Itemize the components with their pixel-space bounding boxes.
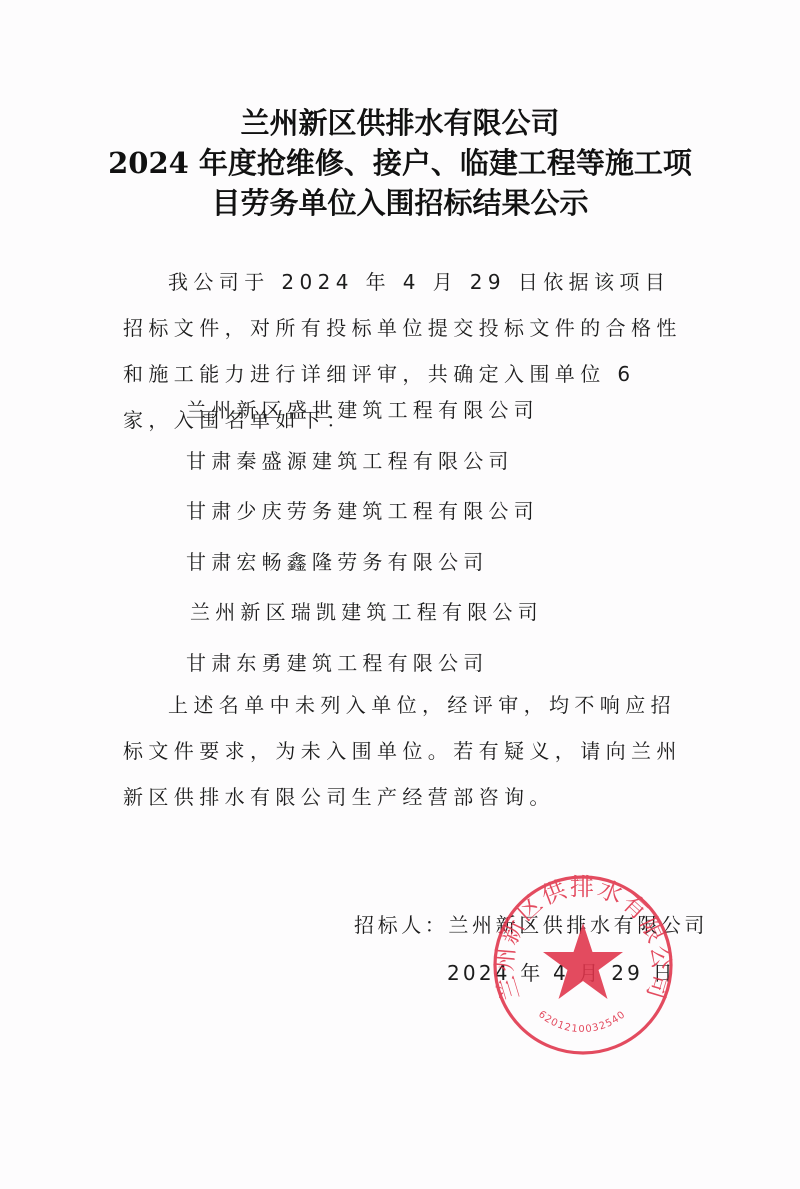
- shortlisted-company-list: 兰州新区盛世建筑工程有限公司 甘肃秦盛源建筑工程有限公司 甘肃少庆劳务建筑工程有…: [186, 385, 543, 688]
- company-list-item: 兰州新区瑞凯建筑工程有限公司: [186, 587, 543, 638]
- title-line-2: 2024 年度抢维修、接户、临建工程等施工项: [0, 143, 800, 183]
- document-title: 兰州新区供排水有限公司 2024 年度抢维修、接户、临建工程等施工项 目劳务单位…: [0, 103, 800, 223]
- svg-text:6201210032540: 6201210032540: [536, 1009, 628, 1035]
- company-list-item: 兰州新区盛世建筑工程有限公司: [186, 385, 543, 436]
- company-list-item: 甘肃少庆劳务建筑工程有限公司: [186, 486, 543, 537]
- company-list-item: 甘肃宏畅鑫隆劳务有限公司: [186, 537, 543, 588]
- title-line-1: 兰州新区供排水有限公司: [0, 103, 800, 143]
- company-list-item: 甘肃东勇建筑工程有限公司: [186, 638, 543, 689]
- closing-paragraph: 上述名单中未列入单位，经评审，均不响应招标文件要求，为未入围单位。若有疑义，请向…: [123, 682, 693, 820]
- stamp-number: 6201210032540: [536, 1009, 628, 1035]
- signature-date: 2024 年 4 月 29 日: [447, 957, 676, 986]
- title-line-3: 目劳务单位入围招标结果公示: [0, 183, 800, 223]
- signature-line: 招标人：兰州新区供排水有限公司: [354, 909, 708, 938]
- company-list-item: 甘肃秦盛源建筑工程有限公司: [186, 436, 543, 487]
